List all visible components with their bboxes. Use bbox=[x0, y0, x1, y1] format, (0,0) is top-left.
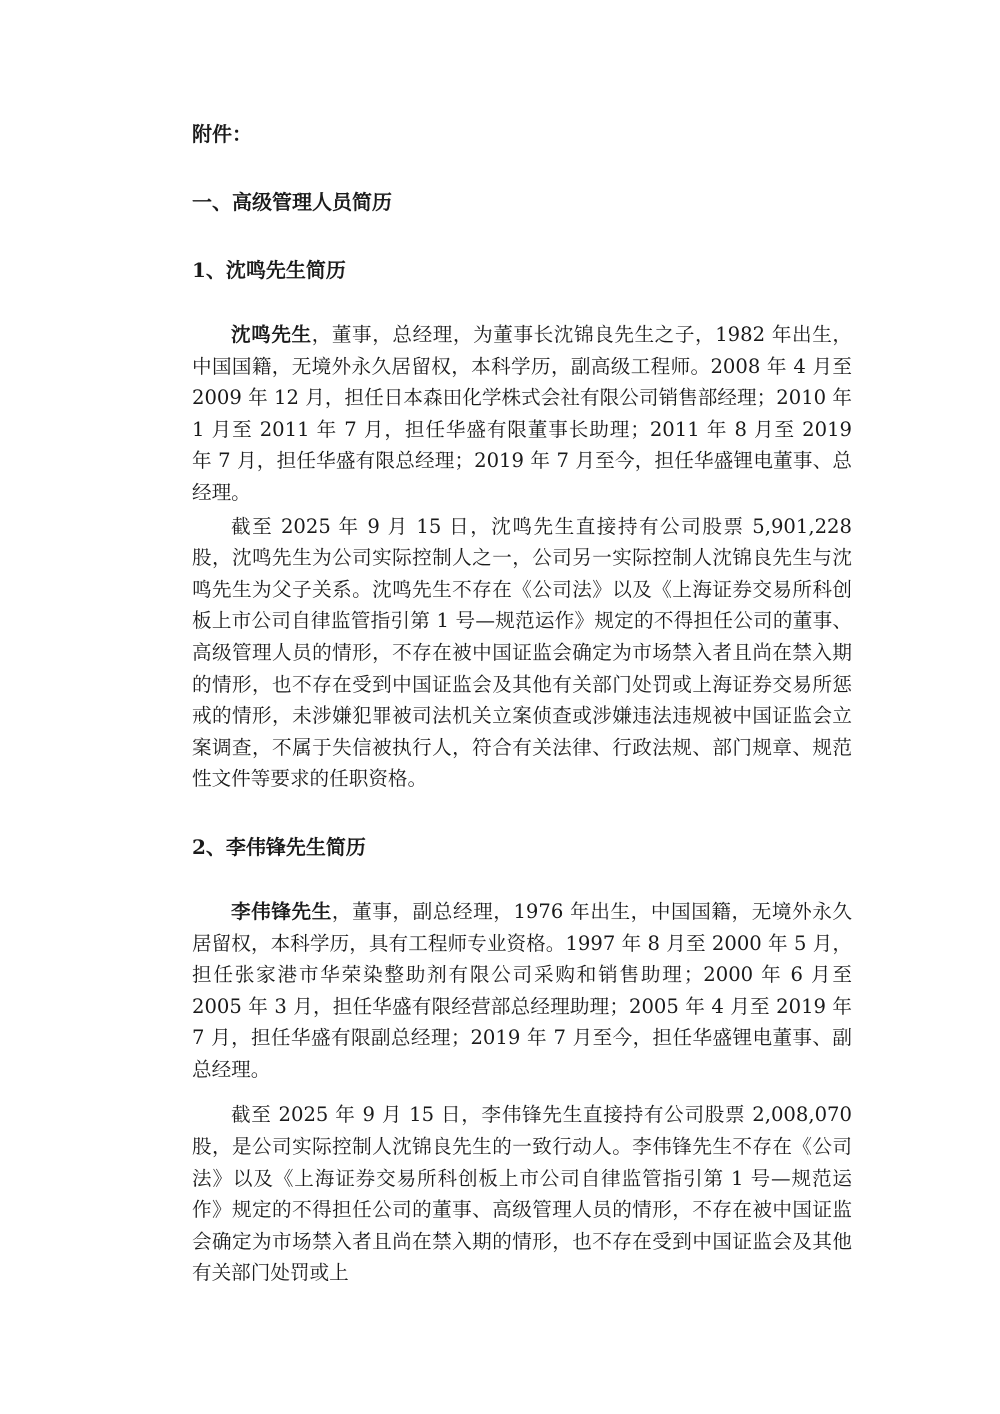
document-page: 附件： 一、高级管理人员简历 1、沈鸣先生简历 沈鸣先生，董事，总经理，为董事长… bbox=[192, 118, 852, 1289]
person-bio-text-2: ，董事，副总经理，1976 年出生，中国国籍，无境外永久居留权，本科学历，具有工… bbox=[192, 900, 852, 1081]
person-holding-2: 截至 2025 年 9 月 15 日，李伟锋先生直接持有公司股票 2,008,0… bbox=[192, 1099, 852, 1289]
person-bio-1: 沈鸣先生，董事，总经理，为董事长沈锦良先生之子，1982 年出生，中国国籍，无境… bbox=[192, 319, 852, 509]
person-name-1: 沈鸣先生 bbox=[231, 323, 312, 346]
section-title: 一、高级管理人员简历 bbox=[192, 186, 852, 218]
attachment-label: 附件： bbox=[192, 118, 852, 150]
person-heading-1: 1、沈鸣先生简历 bbox=[192, 254, 852, 286]
person-bio-2: 李伟锋先生，董事，副总经理，1976 年出生，中国国籍，无境外永久居留权，本科学… bbox=[192, 896, 852, 1086]
person-bio-text-1: ，董事，总经理，为董事长沈锦良先生之子，1982 年出生，中国国籍，无境外永久居… bbox=[192, 323, 852, 504]
person-holding-1: 截至 2025 年 9 月 15 日，沈鸣先生直接持有公司股票 5,901,22… bbox=[192, 511, 852, 795]
person-heading-2: 2、李伟锋先生简历 bbox=[192, 831, 852, 863]
person-name-2: 李伟锋先生 bbox=[231, 900, 332, 923]
